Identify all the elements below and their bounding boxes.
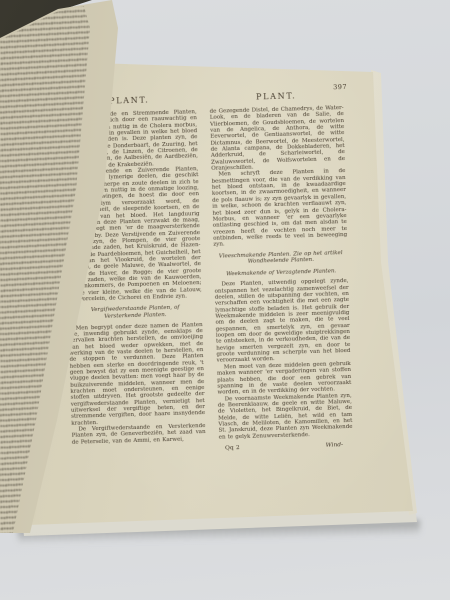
section-heading: Vergifwederstaande Planten, of Versterke…	[73, 305, 197, 322]
paragraph: Men moet van deze middelen geen gebruik …	[217, 361, 352, 396]
catchword: Wind-	[326, 442, 344, 449]
paragraph: de Gezegende Distel, de Chamedrys, de Wa…	[210, 105, 346, 172]
paragraph: Men begrypt onder deze namen de Planten …	[69, 322, 206, 427]
paragraph: Men schryft deze Planten in de besmettin…	[211, 168, 347, 248]
paragraph: Deze Planten, uitwendig opgelegt zynde, …	[214, 278, 350, 364]
page-header-left: PLANT.	[109, 95, 150, 105]
section-heading: Weekmakende of Verzagtende Planten.	[219, 268, 343, 278]
signature-mark: Qq 2	[225, 445, 240, 452]
paragraph: De Vergiftwederstaande en Versterkende P…	[71, 423, 205, 446]
book-photo: PLANT. PLANT. 397 De Verstijvende en Str…	[0, 0, 450, 600]
paragraph: De voornaamste Weekmakende Planten zyn, …	[218, 392, 353, 440]
running-head-right-cell: PLANT. 397	[205, 82, 347, 105]
text-column-right: de Gezegende Distel, de Chamedrys, de Wa…	[206, 105, 358, 452]
page-number: 397	[333, 83, 347, 91]
section-heading: Vleeschmakende Planten. Zie op het artik…	[219, 250, 343, 267]
page-header-right: PLANT.	[256, 91, 297, 101]
